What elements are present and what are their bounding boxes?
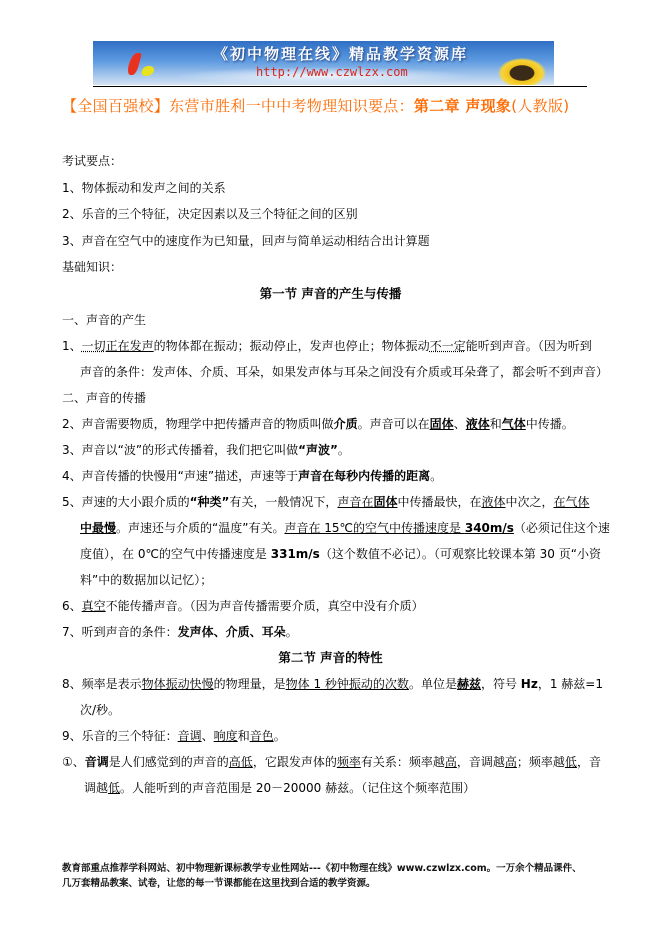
footer-line-2: 几万套精品教案、试卷，让您的每一节课都能在这里找到合适的教学资源。 (62, 876, 582, 891)
point-1: 1、一切正在发声的物体都在振动；振动停止，发声也停止；物体振动不一定能听到声音。… (62, 333, 592, 359)
point-3: 3、声音以“波”的形式传播着，我们把它叫做“声波”。 (62, 437, 350, 463)
title-suffix: (人教版) (511, 97, 569, 115)
section1-title: 第一节 声音的产生与传播 (0, 281, 661, 307)
point-5: 5、声速的大小跟介质的“种类”有关，一般情况下，声音在固体中传播最快，在液体中次… (62, 489, 590, 515)
document-title: 【全国百强校】东营市胜利一中中考物理知识要点：第二章 声现象(人教版) (62, 95, 569, 116)
point-9: 9、乐音的三个特征：音调、响度和音色。 (62, 723, 286, 749)
point-8: 8、频率是表示物体振动快慢的物理量，是物体 1 秒钟振动的次数。单位是赫兹，符号… (62, 671, 603, 697)
point-1-cont: 声音的条件：发声体、介质、耳朵，如果发声体与耳朵之间没有介质或耳朵聋了，都会听不… (80, 359, 608, 385)
point-7: 7、听到声音的条件：发声体、介质、耳朵。 (62, 619, 298, 645)
basic-knowledge-heading: 基础知识： (62, 254, 122, 280)
title-prefix: 【全国百强校】东营市胜利一中中考物理知识要点： (62, 97, 414, 115)
point-pitch: ①、音调是人们感觉到的声音的高低，它跟发声体的频率有关系：频率越高，音调越高；频… (62, 749, 601, 775)
footer-line-1: 教育部重点推荐学科网站、初中物理新课标教学专业性网站---《初中物理在线》www… (62, 861, 582, 876)
exam-point-2: 2、乐音的三个特征，决定因素以及三个特征之间的区别 (62, 201, 358, 227)
point-pitch-cont: 调越低。人能听到的声音范围是 20－20000 赫兹。（记住这个频率范围） (84, 775, 475, 801)
section1-sub1: 一、声音的产生 (62, 307, 146, 333)
exam-point-3: 3、声音在空气中的速度作为已知量，回声与简单运动相结合出计算题 (62, 228, 430, 254)
header-divider (93, 86, 587, 87)
point-5-cont-1: 中最慢。声速还与介质的“温度”有关。声音在 15℃的空气中传播速度是 340m/… (80, 515, 610, 541)
exam-points-heading: 考试要点： (62, 148, 122, 174)
sunflower-icon (498, 58, 546, 85)
site-logo-icon (126, 53, 142, 75)
point-4: 4、声音传播的快慢用“声速”描述，声速等于声音在每秒内传播的距离。 (62, 463, 442, 489)
title-chapter: 第二章 声现象 (414, 97, 511, 115)
exam-point-1: 1、物体振动和发声之间的关系 (62, 175, 226, 201)
point-5-cont-3: 料”中的数据加以记忆）； (80, 567, 212, 593)
banner-url[interactable]: http://www.czwlzx.com (256, 65, 408, 79)
point-6: 6、真空不能传播声音。（因为声音传播需要介质，真空中没有介质） (62, 593, 424, 619)
page-footer: 教育部重点推荐学科网站、初中物理新课标教学专业性网站---《初中物理在线》www… (62, 861, 582, 891)
site-logo-accent-icon (140, 66, 156, 76)
point-5-cont-2: 度值），在 0℃的空气中传播速度是 331m/s（这个数值不必记）。（可观察比较… (80, 541, 601, 567)
header-banner: 《初中物理在线》精品教学资源库 http://www.czwlzx.com (93, 41, 554, 85)
point-2: 2、声音需要物质，物理学中把传播声音的物质叫做介质。声音可以在固体、液体和气体中… (62, 411, 574, 437)
banner-title: 《初中物理在线》精品教学资源库 (213, 43, 468, 64)
section1-sub2: 二、声音的传播 (62, 385, 146, 411)
section2-title: 第二节 声音的特性 (0, 645, 661, 671)
point-8-cont: 次/秒。 (80, 697, 120, 723)
